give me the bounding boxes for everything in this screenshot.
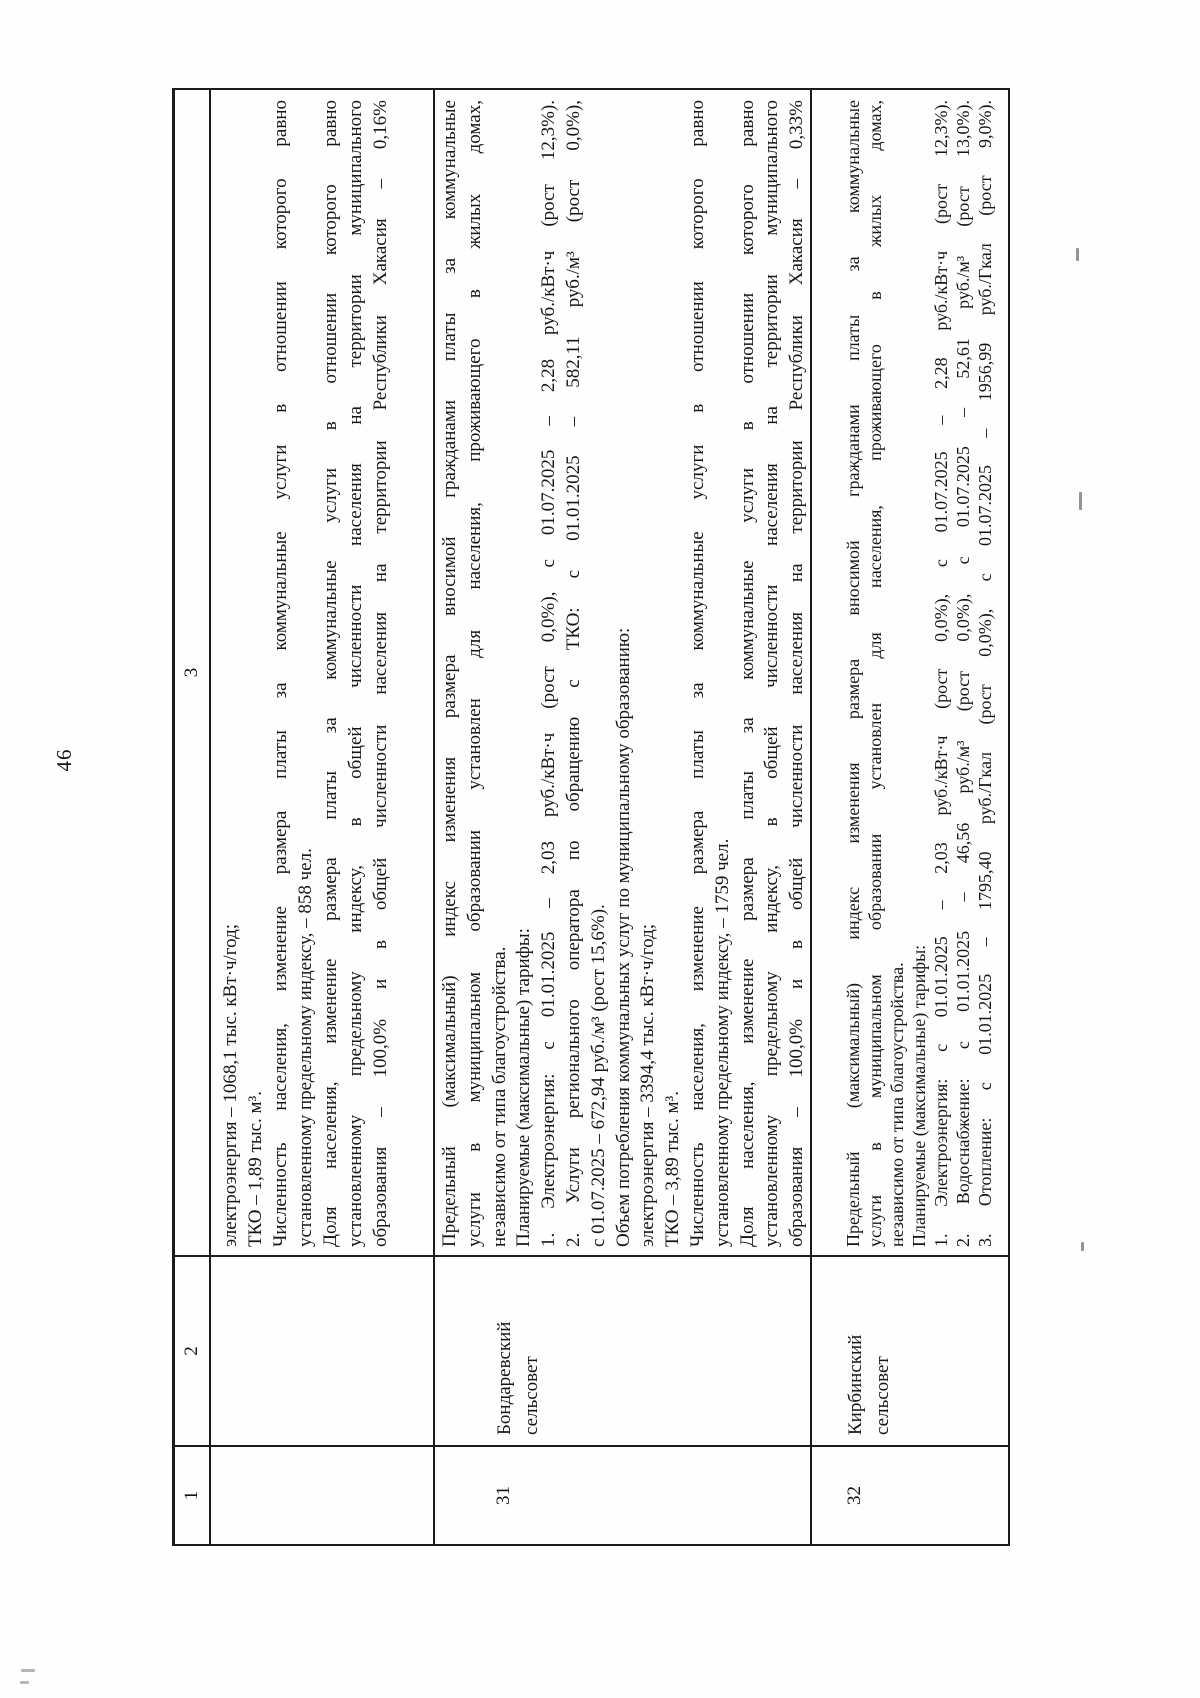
scan-artifact-mark [1076, 248, 1079, 261]
scan-artifact-mark [1081, 1242, 1084, 1251]
text-line: ТКО – 3,89 тыс. м³. [661, 100, 686, 1247]
text-line: Кирбинский сельсовет [842, 1261, 896, 1435]
row-number-cell: 31 [435, 1447, 810, 1544]
text-line: 3. Отопление: с 01.01.2025 – 1795,40 руб… [974, 100, 996, 1247]
scan-artifact-mark [1079, 492, 1082, 510]
description-cell: Предельный (максимальный) индекс изменен… [435, 90, 810, 1257]
scan-artifact-mark [21, 1669, 35, 1672]
table-header-row: 1 2 3 [175, 90, 209, 1544]
text-line: Планируемые (максимальные) тарифы: [512, 100, 537, 1247]
text-line: Объем потребления коммунальных услуг по … [612, 100, 637, 1247]
text-line: образования – 100,0% и в общей численнос… [785, 100, 810, 1247]
description-cell: электроэнергия – 1068,1 тыс. кВт·ч/год;Т… [211, 90, 433, 1257]
text-line: 1. Электроэнергия: с 01.01.2025 – 2,03 р… [537, 100, 562, 1247]
text-line: с 01.07.2025 – 672,94 руб./м³ (рост 15,6… [587, 100, 612, 1247]
scanned-document-page: 46 1 2 3 электроэнергия – 1068,1 тыс. кВ… [0, 0, 1200, 1698]
header-cell-col3: 3 [175, 90, 209, 1257]
table-row-31: 31 Бондаревскийсельсовет Предельный (мак… [433, 90, 810, 1544]
text-line: независимо от типа благоустройства. [886, 100, 908, 1247]
text-line: Доля населения, изменение размера платы … [318, 100, 343, 1247]
text-line: Численность населения, изменение размера… [268, 100, 293, 1247]
row-number-cell [211, 1447, 433, 1544]
text-line: установленному предельному индексу, в об… [760, 100, 785, 1247]
page-number: 46 [52, 730, 77, 790]
tariff-table: 1 2 3 электроэнергия – 1068,1 тыс. кВт·ч… [172, 88, 1010, 1546]
text-line: 2. Услуги регионального оператора по обр… [562, 100, 587, 1247]
text-line: Численность населения, изменение размера… [686, 100, 711, 1247]
document-sheet: 46 1 2 3 электроэнергия – 1068,1 тыс. кВ… [0, 0, 1200, 1698]
text-line: установленному предельному индексу, – 85… [293, 100, 318, 1247]
description-cell: Предельный (максимальный) индекс изменен… [812, 90, 1008, 1257]
municipality-cell: Кирбинский сельсовет [812, 1257, 1008, 1447]
scan-artifact-mark [20, 1681, 29, 1684]
text-line: Планируемые (максимальные) тарифы: [908, 100, 930, 1247]
text-line: услуги в муниципальном образовании устан… [864, 100, 886, 1247]
text-line: установленному предельному индексу, в об… [343, 100, 368, 1247]
text-line: установленному предельному индексу, – 17… [711, 100, 736, 1247]
text-line: ТКО – 1,89 тыс. м³. [243, 100, 268, 1247]
table-row-32: 32 Кирбинский сельсовет Предельный (макс… [810, 90, 1008, 1544]
text-line: электроэнергия – 3394,4 тыс. кВт·ч/год; [636, 100, 661, 1247]
text-line: 1. Электроэнергия: с 01.01.2025 – 2,03 р… [930, 100, 952, 1247]
municipality-cell: Бондаревскийсельсовет [435, 1257, 810, 1447]
header-cell-col1: 1 [175, 1447, 209, 1544]
text-line: электроэнергия – 1068,1 тыс. кВт·ч/год; [218, 100, 243, 1247]
text-line: Предельный (максимальный) индекс изменен… [438, 100, 463, 1247]
text-line: Доля населения, изменение размера платы … [736, 100, 761, 1247]
text-line: Бондаревский [491, 1261, 518, 1435]
text-line: 2. Водоснабжение: с 01.01.2025 – 46,56 р… [952, 100, 974, 1247]
row-number-cell: 32 [812, 1447, 1008, 1544]
text-line: образования – 100,0% и в общей численнос… [368, 100, 393, 1247]
table-row-continuation: электроэнергия – 1068,1 тыс. кВт·ч/год;Т… [209, 90, 433, 1544]
text-line: услуги в муниципальном образовании устан… [463, 100, 488, 1247]
header-cell-col2: 2 [175, 1257, 209, 1447]
text-line: Предельный (максимальный) индекс изменен… [842, 100, 864, 1247]
text-line: сельсовет [518, 1261, 545, 1435]
text-line: независимо от типа благоустройства. [488, 100, 513, 1247]
municipality-cell [211, 1257, 433, 1447]
